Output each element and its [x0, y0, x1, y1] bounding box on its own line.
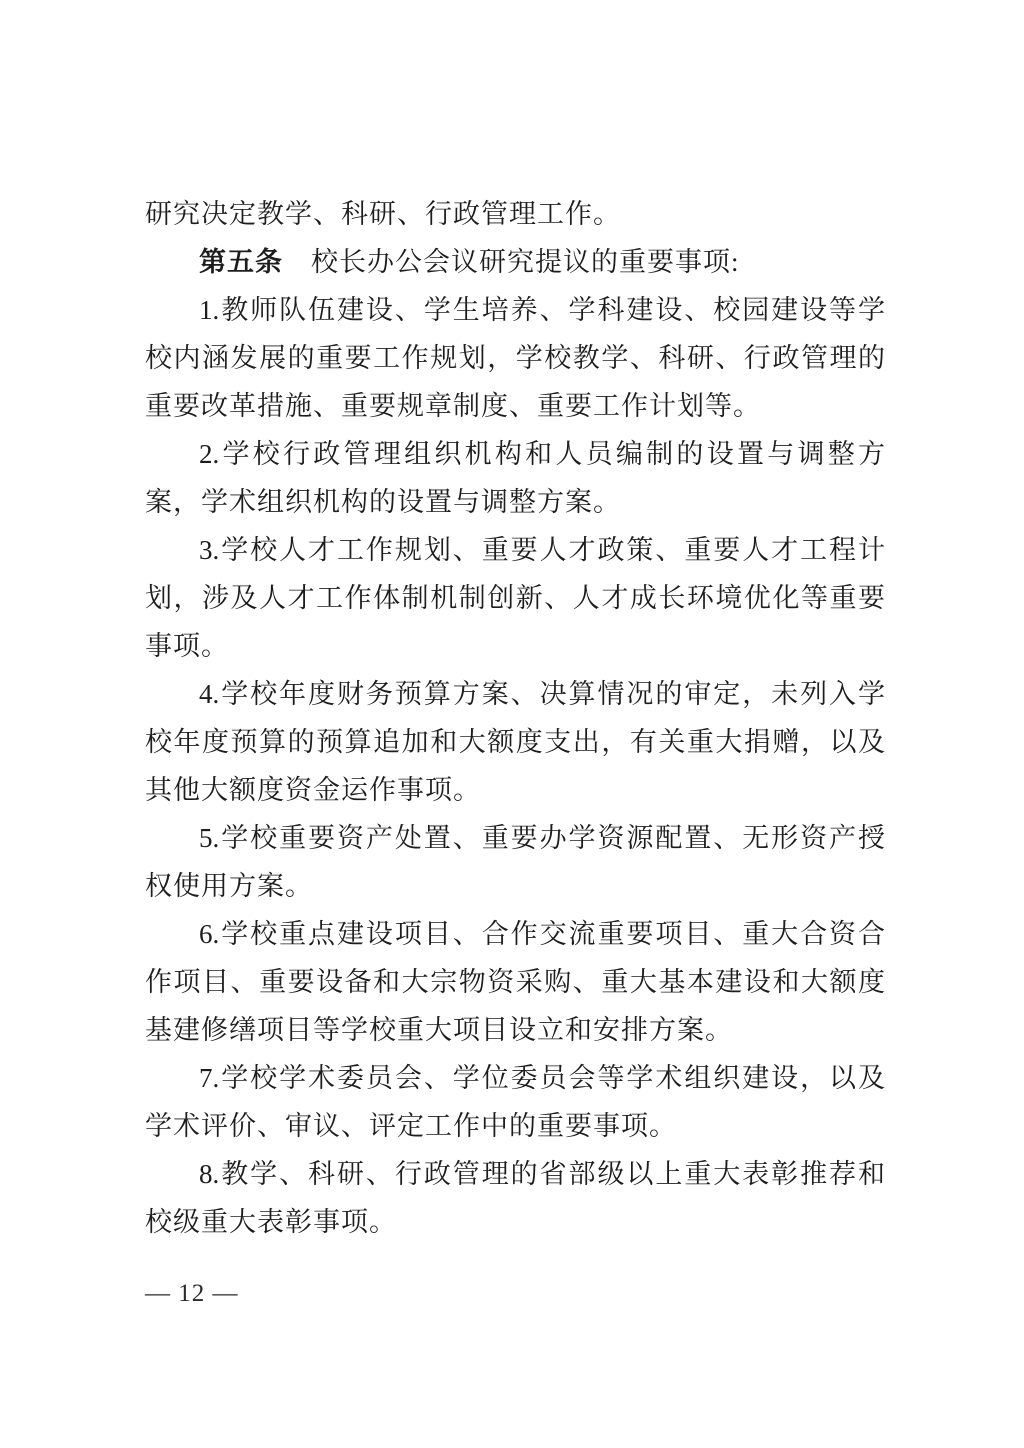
article-label: 第五条: [199, 247, 283, 277]
text-line-content: 3.学校人才工作规划、重要人才政策、重要人才工程计: [199, 535, 885, 565]
text-line: 第五条 校长办公会议研究提议的重要事项:: [145, 238, 885, 286]
text-line-content: 学术评价、审议、评定工作中的重要事项。: [145, 1111, 677, 1141]
text-line-content: 基建修缮项目等学校重大项目设立和安排方案。: [145, 1015, 733, 1045]
text-line-content: 校长办公会议研究提议的重要事项:: [283, 247, 740, 277]
document-page: 研究决定教学、科研、行政管理工作。第五条 校长办公会议研究提议的重要事项:1.教…: [0, 0, 1024, 1448]
text-line: 7.学校学术委员会、学位委员会等学术组织建设，以及: [145, 1054, 885, 1102]
text-line: 校年度预算的预算追加和大额度支出，有关重大捐赠，以及: [145, 718, 885, 766]
text-line: 基建修缮项目等学校重大项目设立和安排方案。: [145, 1006, 885, 1054]
text-line: 权使用方案。: [145, 862, 885, 910]
text-line: 其他大额度资金运作事项。: [145, 766, 885, 814]
text-line-content: 5.学校重要资产处置、重要办学资源配置、无形资产授: [199, 823, 885, 853]
text-line: 5.学校重要资产处置、重要办学资源配置、无形资产授: [145, 814, 885, 862]
text-line-content: 作项目、重要设备和大宗物资采购、重大基本建设和大额度: [145, 967, 885, 997]
text-line: 校内涵发展的重要工作规划，学校教学、科研、行政管理的: [145, 334, 885, 382]
text-line: 研究决定教学、科研、行政管理工作。: [145, 190, 885, 238]
text-line: 3.学校人才工作规划、重要人才政策、重要人才工程计: [145, 526, 885, 574]
text-line-content: 划，涉及人才工作体制机制创新、人才成长环境优化等重要: [145, 583, 885, 613]
text-line: 重要改革措施、重要规章制度、重要工作计划等。: [145, 382, 885, 430]
text-line: 8.教学、科研、行政管理的省部级以上重大表彰推荐和: [145, 1150, 885, 1198]
text-line: 学术评价、审议、评定工作中的重要事项。: [145, 1102, 885, 1150]
text-line-content: 其他大额度资金运作事项。: [145, 775, 481, 805]
text-line: 案，学术组织机构的设置与调整方案。: [145, 478, 885, 526]
text-line-content: 7.学校学术委员会、学位委员会等学术组织建设，以及: [199, 1063, 885, 1093]
text-line-content: 2.学校行政管理组织机构和人员编制的设置与调整方: [199, 439, 885, 469]
text-line-content: 8.教学、科研、行政管理的省部级以上重大表彰推荐和: [199, 1159, 885, 1189]
text-line-content: 6.学校重点建设项目、合作交流重要项目、重大合资合: [199, 919, 885, 949]
text-line-content: 校级重大表彰事项。: [145, 1207, 397, 1237]
text-line-content: 案，学术组织机构的设置与调整方案。: [145, 487, 621, 517]
text-line: 事项。: [145, 622, 885, 670]
page-number: — 12 —: [145, 1280, 239, 1308]
text-line: 2.学校行政管理组织机构和人员编制的设置与调整方: [145, 430, 885, 478]
document-body: 研究决定教学、科研、行政管理工作。第五条 校长办公会议研究提议的重要事项:1.教…: [145, 190, 885, 1246]
text-line: 4.学校年度财务预算方案、决算情况的审定，未列入学: [145, 670, 885, 718]
text-line-content: 1.教师队伍建设、学生培养、学科建设、校园建设等学: [199, 295, 885, 325]
text-line: 6.学校重点建设项目、合作交流重要项目、重大合资合: [145, 910, 885, 958]
text-line-content: 研究决定教学、科研、行政管理工作。: [145, 199, 621, 229]
text-line: 划，涉及人才工作体制机制创新、人才成长环境优化等重要: [145, 574, 885, 622]
text-line-content: 重要改革措施、重要规章制度、重要工作计划等。: [145, 391, 761, 421]
text-line: 1.教师队伍建设、学生培养、学科建设、校园建设等学: [145, 286, 885, 334]
text-line: 校级重大表彰事项。: [145, 1198, 885, 1246]
text-line-content: 事项。: [145, 631, 229, 661]
text-line-content: 权使用方案。: [145, 871, 313, 901]
text-line-content: 4.学校年度财务预算方案、决算情况的审定，未列入学: [199, 679, 885, 709]
text-line-content: 校年度预算的预算追加和大额度支出，有关重大捐赠，以及: [145, 727, 885, 757]
text-line: 作项目、重要设备和大宗物资采购、重大基本建设和大额度: [145, 958, 885, 1006]
text-line-content: 校内涵发展的重要工作规划，学校教学、科研、行政管理的: [145, 343, 885, 373]
